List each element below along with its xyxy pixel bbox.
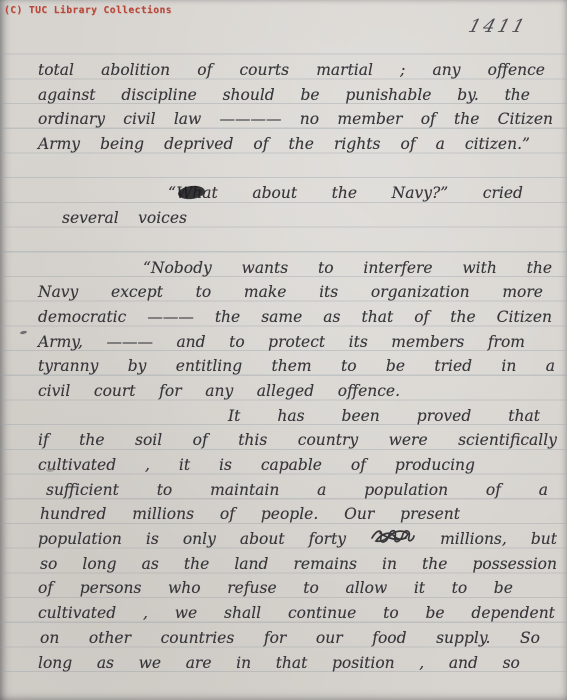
handwritten-word: so [503,651,520,676]
handwritten-word: only [183,527,216,552]
handwritten-word: the [450,305,475,330]
handwritten-word: long [82,552,116,577]
manuscript-line: hundredmillionsofpeople.Ourpresent [40,502,460,527]
handwritten-word: we [175,601,197,626]
manuscript-line: Ithasbeenprovedthat [228,404,540,429]
blank-line [0,157,567,182]
manuscript-line: onothercountriesforourfoodsupply.So [40,626,540,651]
handwritten-word: Navy [38,280,78,305]
manuscript-line: civilcourtforanyallegedoffence. [38,379,400,404]
handwritten-word: position [332,651,395,676]
handwritten-word: be [300,83,319,108]
handwritten-word: its [319,280,338,305]
manuscript-line: ofpersonswhorefusetoallowittobe [38,576,513,601]
handwritten-word: for [159,379,181,404]
handwritten-word: of [220,502,235,527]
handwritten-word: Army [38,132,80,157]
handwritten-word: discipline [121,83,196,108]
handwritten-word: organization [371,280,470,305]
handwritten-word: to [452,576,468,601]
handwritten-word: long [38,651,72,676]
manuscript-line: tyrannybyentitlingthemtobetriedina [38,354,555,379]
handwritten-word: the [422,552,447,577]
handwritten-word: law [174,107,201,132]
handwritten-word: to [157,478,173,503]
handwritten-word: soil [135,428,162,453]
handwritten-word: members [391,330,464,355]
handwritten-word: offence. [338,379,400,404]
handwritten-word: total [38,58,74,83]
manuscript-line: Army,———andtoprotectitsmembersfrom [38,330,525,355]
handwritten-word: to [229,330,245,355]
handwritten-word: that [276,651,308,676]
handwritten-word: several [62,206,119,231]
handwritten-word: as [97,651,114,676]
handwritten-word: ordinary [38,107,105,132]
handwritten-word: of [486,478,501,503]
handwritten-word: courts [239,58,289,83]
manuscript-line: cultivated,itiscapableofproducing [38,453,475,478]
handwritten-word: wants [242,256,289,281]
handwritten-word: land [234,552,268,577]
handwritten-word: its [349,330,368,355]
handwritten-word: rights [334,132,380,157]
handwritten-word: should [223,83,275,108]
handwritten-word: Citizen [498,107,553,132]
handwritten-word: a [436,132,445,157]
handwritten-word: the [184,552,209,577]
handwritten-word: being [100,132,144,157]
handwritten-word: the [332,181,357,206]
blank-line [0,231,567,256]
handwritten-word: of [38,576,53,601]
handwritten-word: be [425,601,444,626]
handwritten-word: of [421,107,436,132]
handwritten-word: allow [345,576,387,601]
handwritten-word: is [219,453,232,478]
manuscript-line: longasweareinthatposition,andso [38,651,520,676]
handwritten-word: a [317,478,326,503]
handwritten-word: as [142,552,159,577]
handwritten-word: ———— [220,107,282,132]
handwritten-word: supply. [436,626,490,651]
manuscript-line: ordinarycivillaw————nomemberoftheCitizen [38,107,553,132]
handwritten-word: ; [400,58,405,83]
handwritten-word: any [205,379,233,404]
handwritten-word: a [539,478,548,503]
handwritten-word: that [362,305,394,330]
handwritten-word: has [277,404,304,429]
handwritten-word: interfere [363,256,432,281]
handwritten-word: countries [161,626,235,651]
handwritten-word: be [386,354,405,379]
handwritten-word: of [197,58,212,83]
handwritten-word: of [414,305,429,330]
handwritten-word: Navy?” [392,181,449,206]
handwritten-word: ——— [106,330,153,355]
handwritten-word: same [261,305,302,330]
manuscript-line: democratic———thesameasthatoftheCitizen [38,305,552,330]
handwritten-word: court [94,379,136,404]
handwritten-word: , [145,453,150,478]
handwritten-word: persons [80,576,142,601]
handwritten-word: by [128,354,147,379]
handwritten-word: remains [294,552,357,577]
handwritten-word: present [400,502,460,527]
handwritten-word: and [449,651,478,676]
handwritten-word: martial [316,58,373,83]
handwritten-word: refuse [227,576,276,601]
handwritten-word: millions [132,502,194,527]
handwritten-word: except [111,280,163,305]
handwritten-word: and [176,330,205,355]
manuscript-line: “Nobodywantstointerferewiththe [143,256,552,281]
handwritten-word: about [252,181,297,206]
handwritten-word: about [240,527,285,552]
handwritten-word: tyranny [38,354,98,379]
handwritten-word: if [38,428,49,453]
handwritten-word: been [342,404,380,429]
handwritten-word: but [531,527,557,552]
handwritten-word: scientifically [458,428,557,453]
handwritten-word: offence [488,58,545,83]
manuscript-line: populationisonlyaboutfortymillions,but [38,527,557,552]
handwritten-word: we [139,651,161,676]
manuscript-page: (C) TUC Library Collections 1411 totalab… [0,0,567,700]
handwritten-word: member [337,107,402,132]
handwritten-word: is [146,527,159,552]
handwritten-word: were [389,428,428,453]
handwritten-word: Army, [38,330,83,355]
handwritten-word: cried [483,181,523,206]
handwritten-word: the [454,107,479,132]
manuscript-line: Armybeingdeprivedoftherightsofacitizen.” [38,132,530,157]
scribble-mark [370,527,416,552]
manuscript-line: “WhatabouttheNavy?”cried [168,181,523,206]
handwritten-word: with [462,256,496,281]
handwritten-word: make [244,280,287,305]
handwritten-word: the [289,132,314,157]
handwritten-word: voices [138,206,187,231]
handwritten-word: possession [472,552,557,577]
handwritten-word: of [401,132,416,157]
handwritten-word: of [351,453,366,478]
manuscript-line: solongasthelandremainsinthepossession [40,552,557,577]
handwritten-word: sufficient [46,478,119,503]
handwritten-word: in [236,651,251,676]
handwritten-word: It [228,404,240,429]
handwritten-word: so [40,552,57,577]
handwritten-word: millions, [440,527,507,552]
handwritten-word: ——— [147,305,194,330]
handwritten-word: forty [309,527,346,552]
handwritten-word: as [323,305,340,330]
handwritten-word: deprived [164,132,233,157]
handwritten-word: to [303,576,319,601]
handwritten-word: of [253,132,268,157]
handwritten-word: alleged [257,379,314,404]
handwritten-word: civil [123,107,155,132]
handwritten-word: entitling [176,354,242,379]
handwritten-word: any [433,58,461,83]
handwritten-word: democratic [38,305,126,330]
manuscript-line: severalvoices [62,206,187,231]
handwritten-word: this [238,428,267,453]
handwritten-word: against [38,83,96,108]
handwritten-word: the [215,305,240,330]
handwritten-word: that [508,404,540,429]
handwritten-word: in [501,354,516,379]
handwritten-word: of [193,428,208,453]
handwritten-word: to [341,354,357,379]
handwritten-word: abolition [101,58,170,83]
handwritten-word: dependent [471,601,554,626]
handwritten-word: protect [268,330,325,355]
handwritten-word: proved [417,404,472,429]
manuscript-line: sufficienttomaintainapopulationofa [46,478,548,503]
handwritten-word: So [520,626,540,651]
manuscript-line: Navyexcepttomakeitsorganizationmore [38,280,543,305]
handwritten-word: cultivated [38,453,116,478]
handwritten-word: are [186,651,212,676]
handwritten-word: shall [224,601,261,626]
handwritten-word: who [168,576,201,601]
handwritten-word: population [38,527,122,552]
manuscript-line: cultivated,weshallcontinuetobedependent [38,601,555,626]
handwritten-word: the [79,428,104,453]
handwritten-word: to [383,601,399,626]
handwritten-word: for [264,626,286,651]
handwritten-word: the [505,83,530,108]
manuscript-lines: totalabolitionofcourtsmartial;anyoffence… [0,0,567,675]
handwritten-word: other [89,626,131,651]
handwritten-word: “Nobody [143,256,212,281]
handwritten-word: food [372,626,406,651]
manuscript-line: againstdisciplineshouldbepunishableby.th… [38,83,530,108]
handwritten-word: them [272,354,312,379]
handwritten-word: continue [288,601,356,626]
handwritten-word: tried [434,354,472,379]
handwritten-word: punishable [345,83,431,108]
handwritten-word: hundred [40,502,106,527]
handwritten-word: our [316,626,343,651]
handwritten-word: maintain [210,478,279,503]
handwritten-word: cultivated [38,601,116,626]
handwritten-word: population [364,478,448,503]
handwritten-word: it [179,453,190,478]
handwritten-word: the [527,256,552,281]
handwritten-word: producing [395,453,475,478]
handwritten-word: from [488,330,525,355]
handwritten-word: Our [344,502,374,527]
handwritten-word: more [502,280,543,305]
manuscript-line: ifthesoilofthiscountrywerescientifically [38,428,557,453]
handwritten-word: be [494,576,513,601]
handwritten-word: , [143,601,148,626]
handwritten-word: capable [261,453,322,478]
paper-smudge [46,468,54,472]
handwritten-word: to [196,280,212,305]
handwritten-word: a [546,354,555,379]
handwritten-word: Citizen [497,305,552,330]
handwritten-word: on [40,626,59,651]
handwritten-word: country [298,428,358,453]
handwritten-word: citizen.” [465,132,530,157]
handwritten-word: to [318,256,334,281]
handwritten-word: people. [261,502,318,527]
handwritten-word: in [382,552,397,577]
manuscript-line: totalabolitionofcourtsmartial;anyoffence [38,58,545,83]
handwritten-word: no [300,107,319,132]
handwritten-word: , [419,651,424,676]
handwritten-word: by. [457,83,479,108]
handwritten-word: civil [38,379,70,404]
handwritten-word: it [414,576,425,601]
